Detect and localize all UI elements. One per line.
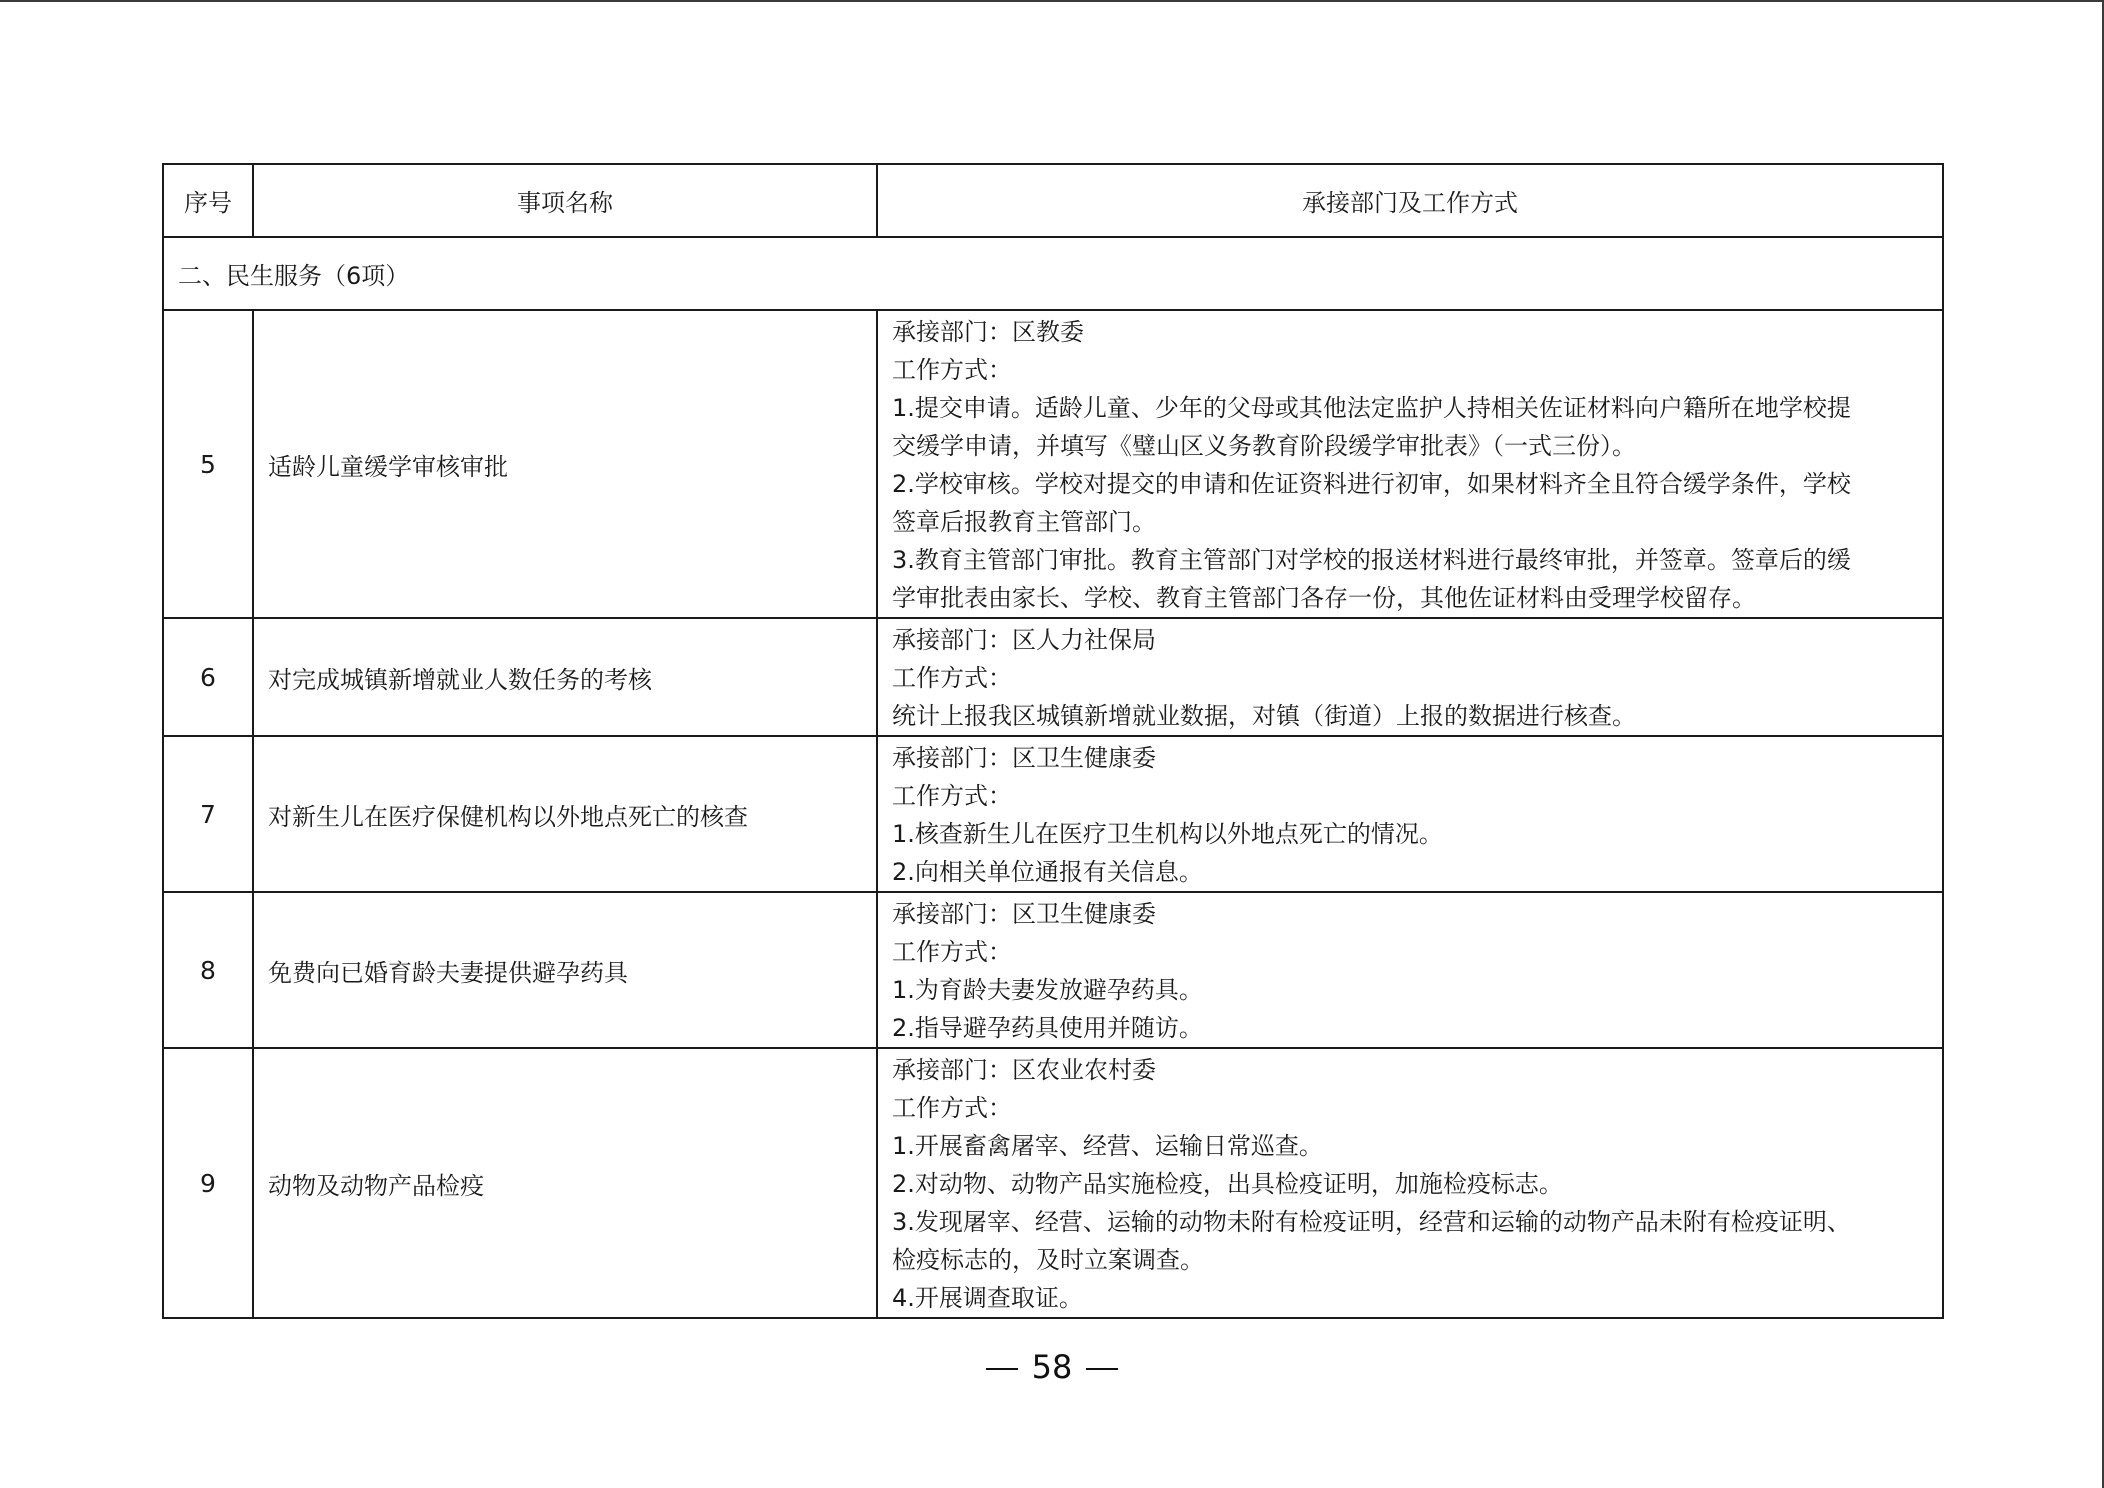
dept-line: 1.核查新生儿在医疗卫生机构以外地点死亡的情况。	[892, 815, 1930, 853]
dept-line: 3.教育主管部门审批。教育主管部门对学校的报送材料进行最终审批，并签章。签章后的…	[892, 541, 1930, 579]
item-name: 免费向已婚育龄夫妻提供避孕药具	[253, 892, 877, 1048]
dept-line: 签章后报教育主管部门。	[892, 503, 1930, 541]
dept-line: 工作方式：	[892, 777, 1930, 815]
table-header-row: 序号 事项名称 承接部门及工作方式	[163, 164, 1943, 237]
department-method: 承接部门：区教委 工作方式： 1.提交申请。适龄儿童、少年的父母或其他法定监护人…	[877, 310, 1943, 618]
section-title: 二、民生服务（6项）	[163, 237, 1943, 310]
dept-line: 4.开展调查取证。	[892, 1279, 1930, 1317]
row-number: 7	[163, 736, 253, 892]
dept-line: 1.开展畜禽屠宰、经营、运输日常巡查。	[892, 1127, 1930, 1165]
header-serial-number: 序号	[163, 164, 253, 237]
dept-line: 承接部门：区人力社保局	[892, 621, 1930, 659]
dept-line: 承接部门：区卫生健康委	[892, 895, 1930, 933]
page-number: 58	[1032, 1348, 1073, 1386]
row-number: 9	[163, 1048, 253, 1318]
row-number: 5	[163, 310, 253, 618]
dept-line: 2.学校审核。学校对提交的申请和佐证资料进行初审，如果材料齐全且符合缓学条件，学…	[892, 465, 1930, 503]
page-top-border	[0, 0, 2104, 2]
item-name: 适龄儿童缓学审核审批	[253, 310, 877, 618]
header-department-method: 承接部门及工作方式	[877, 164, 1943, 237]
dash-left	[986, 1368, 1018, 1370]
dept-line: 1.提交申请。适龄儿童、少年的父母或其他法定监护人持相关佐证材料向户籍所在地学校…	[892, 389, 1930, 427]
dept-line: 2.对动物、动物产品实施检疫，出具检疫证明，加施检疫标志。	[892, 1165, 1930, 1203]
dept-line: 工作方式：	[892, 1089, 1930, 1127]
header-item-name: 事项名称	[253, 164, 877, 237]
row-number: 8	[163, 892, 253, 1048]
dept-line: 学审批表由家长、学校、教育主管部门各存一份，其他佐证材料由受理学校留存。	[892, 579, 1930, 617]
dept-line: 工作方式：	[892, 933, 1930, 971]
dept-line: 交缓学申请，并填写《璧山区义务教育阶段缓学审批表》（一式三份）。	[892, 427, 1930, 465]
item-name: 对完成城镇新增就业人数任务的考核	[253, 618, 877, 736]
services-table: 序号 事项名称 承接部门及工作方式 二、民生服务（6项） 5 适龄儿童缓学审核审…	[162, 163, 1944, 1319]
dept-line: 统计上报我区城镇新增就业数据，对镇（街道）上报的数据进行核查。	[892, 697, 1930, 735]
dept-line: 工作方式：	[892, 659, 1930, 697]
dept-line: 1.为育龄夫妻发放避孕药具。	[892, 971, 1930, 1009]
dept-line: 承接部门：区农业农村委	[892, 1051, 1930, 1089]
row-number: 6	[163, 618, 253, 736]
table-row: 7 对新生儿在医疗保健机构以外地点死亡的核查 承接部门：区卫生健康委 工作方式：…	[163, 736, 1943, 892]
item-name: 对新生儿在医疗保健机构以外地点死亡的核查	[253, 736, 877, 892]
department-method: 承接部门：区卫生健康委 工作方式： 1.为育龄夫妻发放避孕药具。 2.指导避孕药…	[877, 892, 1943, 1048]
table-row: 8 免费向已婚育龄夫妻提供避孕药具 承接部门：区卫生健康委 工作方式： 1.为育…	[163, 892, 1943, 1048]
department-method: 承接部门：区人力社保局 工作方式： 统计上报我区城镇新增就业数据，对镇（街道）上…	[877, 618, 1943, 736]
dept-line: 3.发现屠宰、经营、运输的动物未附有检疫证明，经营和运输的动物产品未附有检疫证明…	[892, 1203, 1930, 1241]
page-footer: 58	[0, 1348, 2104, 1386]
table-row: 6 对完成城镇新增就业人数任务的考核 承接部门：区人力社保局 工作方式： 统计上…	[163, 618, 1943, 736]
dept-line: 承接部门：区教委	[892, 313, 1930, 351]
table-row: 9 动物及动物产品检疫 承接部门：区农业农村委 工作方式： 1.开展畜禽屠宰、经…	[163, 1048, 1943, 1318]
dept-line: 2.指导避孕药具使用并随访。	[892, 1009, 1930, 1047]
dept-line: 工作方式：	[892, 351, 1930, 389]
department-method: 承接部门：区农业农村委 工作方式： 1.开展畜禽屠宰、经营、运输日常巡查。 2.…	[877, 1048, 1943, 1318]
department-method: 承接部门：区卫生健康委 工作方式： 1.核查新生儿在医疗卫生机构以外地点死亡的情…	[877, 736, 1943, 892]
dash-right	[1086, 1368, 1118, 1370]
dept-line: 2.向相关单位通报有关信息。	[892, 853, 1930, 891]
table-row: 5 适龄儿童缓学审核审批 承接部门：区教委 工作方式： 1.提交申请。适龄儿童、…	[163, 310, 1943, 618]
dept-line: 承接部门：区卫生健康委	[892, 739, 1930, 777]
dept-line: 检疫标志的，及时立案调查。	[892, 1241, 1930, 1279]
item-name: 动物及动物产品检疫	[253, 1048, 877, 1318]
section-row: 二、民生服务（6项）	[163, 237, 1943, 310]
